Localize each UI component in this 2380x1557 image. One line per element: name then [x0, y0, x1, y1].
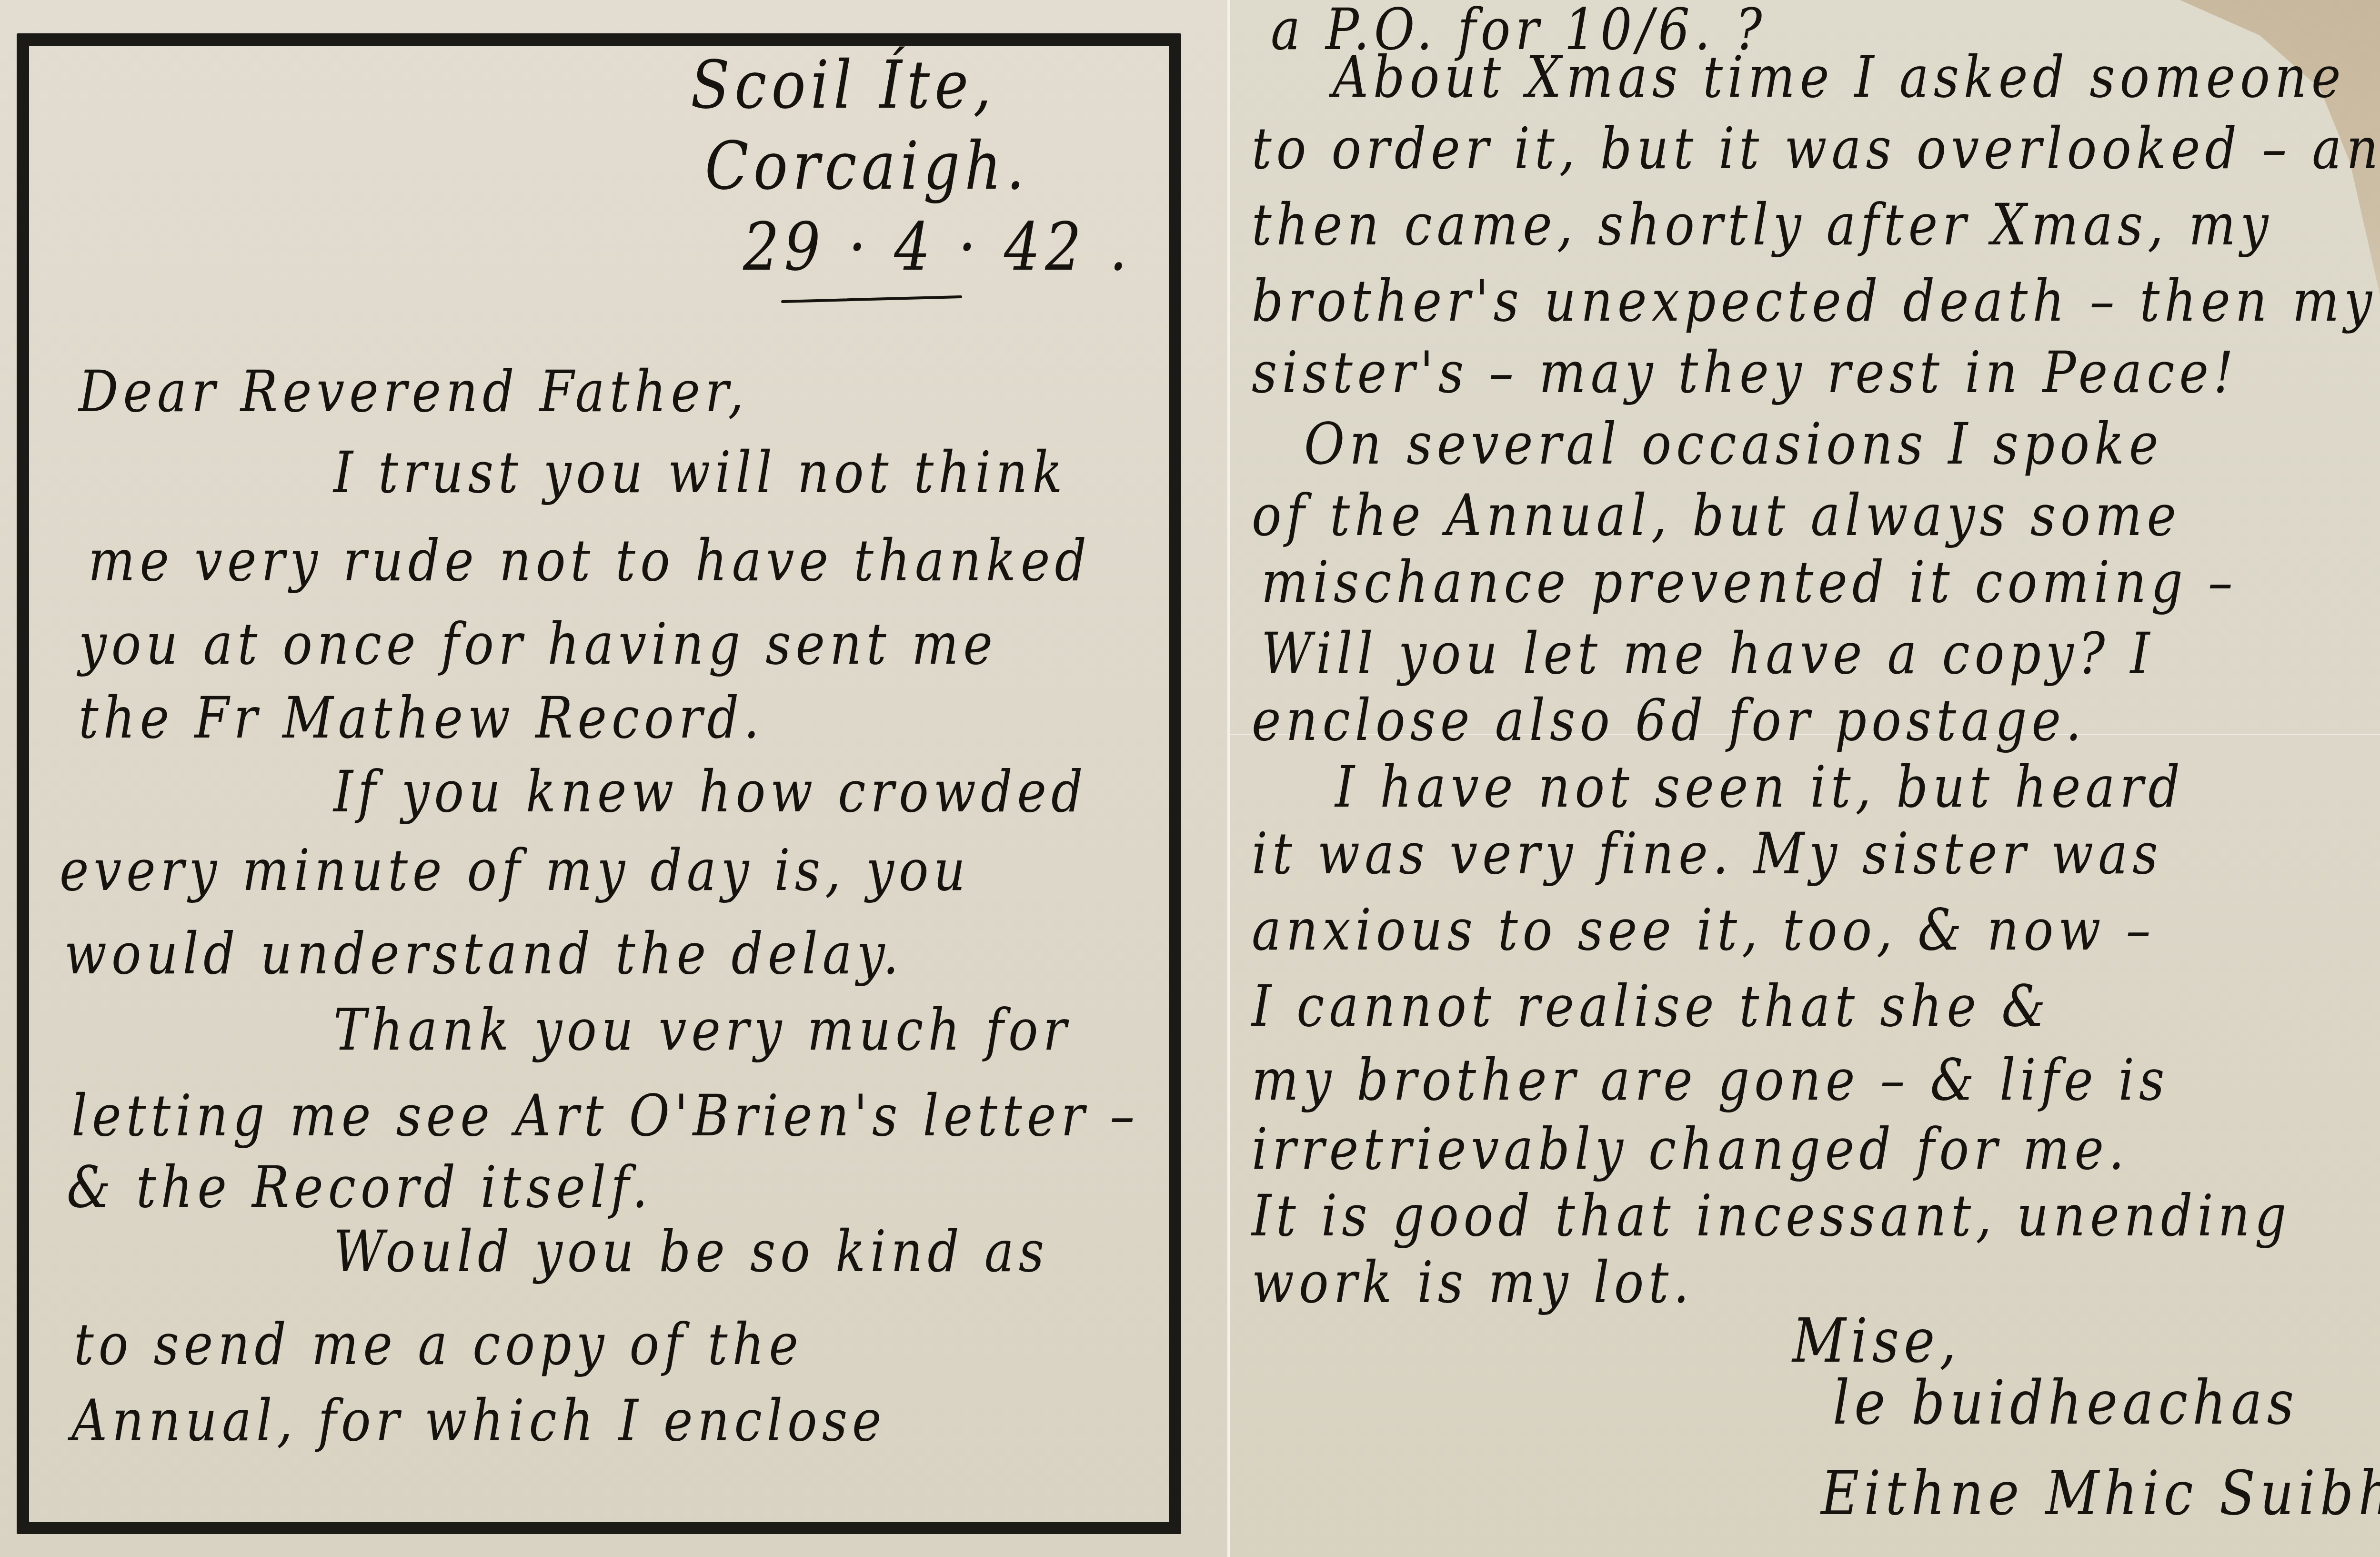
- body-line: Annual, for which I enclose: [71, 1387, 886, 1454]
- body-line: About Xmas time I asked someone: [1333, 44, 2346, 111]
- body-line: I have not seen it, but heard: [1335, 754, 2185, 820]
- body-line: of the Annual, but always some: [1252, 482, 2181, 549]
- body-line: Will you let me have a copy? I: [1261, 620, 2155, 687]
- closing-thanks: le buidheachas: [1833, 1368, 2299, 1438]
- signature: Eithne Mhic Suibhne: [1821, 1458, 2380, 1528]
- body-line: to order it, but it was overlooked – and: [1252, 115, 2380, 182]
- body-line: sister's – may they rest in Peace!: [1252, 339, 2238, 406]
- body-line: I cannot realise that she &: [1252, 973, 2050, 1040]
- body-line: If you knew how crowded: [333, 758, 1088, 825]
- body-line: I trust you will not think: [333, 439, 1067, 506]
- body-line: Would you be so kind as: [333, 1218, 1049, 1285]
- letter-date: 29 · 4 · 42 .: [743, 209, 1132, 285]
- body-line: Thank you very much for: [333, 997, 1071, 1063]
- body-line: enclose also 6d for postage.: [1252, 687, 2086, 754]
- body-line: mischance prevented it coming –: [1261, 549, 2238, 616]
- salutation: Dear Reverend Father,: [79, 358, 749, 425]
- body-line: then came, shortly after Xmas, my: [1252, 192, 2273, 258]
- letter-page-2: a P.O. for 10/6. ? About Xmas time I ask…: [1230, 0, 2380, 1557]
- body-line: would understand the delay.: [64, 920, 904, 987]
- body-line: me very rude not to have thanked: [88, 527, 1091, 594]
- body-line: to send me a copy of the: [74, 1311, 803, 1378]
- body-line: the Fr Mathew Record.: [79, 685, 764, 751]
- body-line: every minute of my day is, you: [60, 837, 970, 904]
- body-line: brother's unexpected death – then my: [1252, 268, 2377, 334]
- address-line-2: Corcaigh.: [705, 128, 1029, 204]
- body-line: you at once for having sent me: [79, 611, 997, 677]
- closing: Mise,: [1792, 1306, 1961, 1376]
- body-line: it was very fine. My sister was: [1252, 820, 2163, 887]
- body-line: It is good that incessant, unending: [1252, 1183, 2291, 1249]
- body-line: irretrievably changed for me.: [1252, 1116, 2129, 1183]
- letter-page-1: Scoil Íte, Corcaigh. 29 · 4 · 42 . Dear …: [0, 0, 1227, 1557]
- body-line: anxious to see it, too, & now –: [1252, 897, 2156, 963]
- body-line: work is my lot.: [1252, 1249, 1694, 1316]
- body-line: letting me see Art O'Brien's letter –: [71, 1082, 1139, 1149]
- body-line: my brother are gone – & life is: [1252, 1047, 2169, 1113]
- address-line-1: Scoil Íte,: [691, 47, 996, 123]
- body-line: On several occasions I spoke: [1304, 411, 2163, 477]
- body-line: & the Record itself.: [67, 1154, 653, 1221]
